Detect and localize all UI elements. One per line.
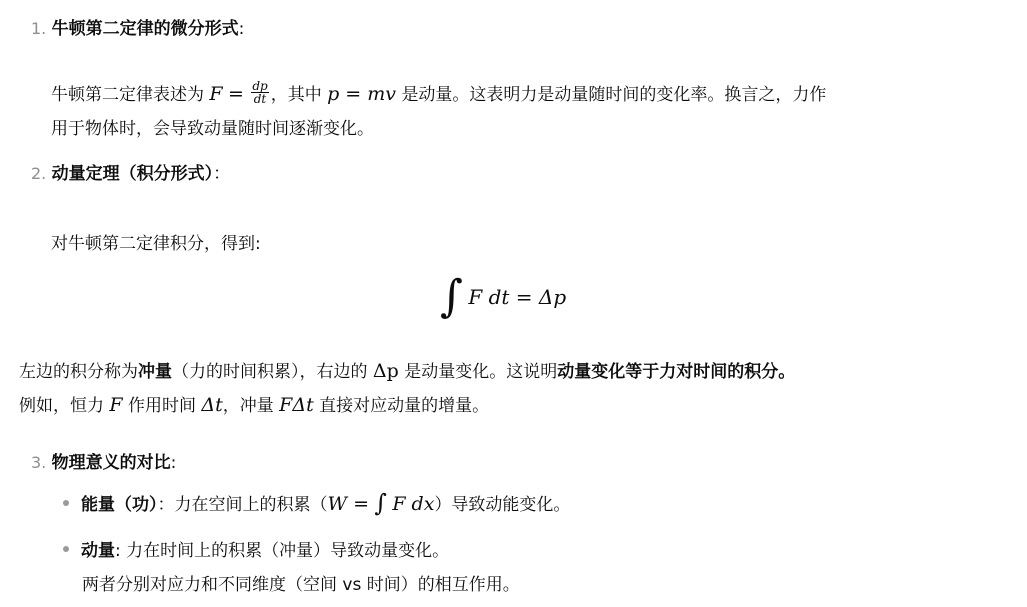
heading-colon: : — [239, 19, 245, 39]
math-F-dx: F dx — [392, 493, 434, 515]
text: 直接对应动量的增量。 — [319, 396, 489, 416]
text: ）导致动能变化。 — [434, 495, 570, 515]
math-equals: = — [228, 83, 244, 105]
bullet-item-momentum: 动量: 力在时间上的积累（冲量）导致动量变化。 — [63, 536, 449, 561]
bullet-dot-icon — [63, 546, 69, 552]
section-1-paragraph-line-2: 用于物体时，会导致动量随时间逐渐变化。 — [51, 114, 374, 139]
heading-colon: ： — [213, 164, 230, 184]
text: : 力在时间上的积累（冲量）导致动量变化。 — [115, 541, 449, 561]
bullet-item-energy: 能量（功）：力在空间上的积累（W = ∫ F dx）导致动能变化。 — [63, 490, 570, 519]
heading-text: 动量定理（积分形式） — [52, 164, 214, 184]
text: 两者分别对应力和不同维度（空间 vs 时间）的相互作用。 — [82, 575, 520, 595]
fraction-dp-dt: dpdt — [251, 80, 268, 105]
text: 左边的积分称为 — [19, 362, 138, 382]
integral-sign: ∫ — [440, 275, 463, 319]
explanation-line-1: 左边的积分称为冲量（力的时间积累），右边的 Δp 是动量变化。这说明动量变化等于… — [19, 357, 795, 382]
text: ：力在空间上的积累（ — [158, 495, 328, 515]
section-2-heading: 2. 动量定理（积分形式）： — [31, 159, 230, 184]
section-2-paragraph: 对牛顿第二定律积分，得到: — [51, 229, 261, 254]
fraction-denominator: dt — [251, 93, 268, 105]
bullet-continuation: 两者分别对应力和不同维度（空间 vs 时间）的相互作用。 — [82, 570, 520, 595]
fraction-numerator: dp — [251, 80, 268, 93]
section-1-paragraph-line-1: 牛顿第二定律表述为 F = dpdt，其中 p = mv 是动量。这表明力是动量… — [51, 80, 826, 108]
heading-text: 牛顿第二定律的微分形式 — [52, 19, 239, 39]
text: （力的时间积累），右边的 — [172, 362, 368, 382]
list-number: 2. — [31, 164, 46, 183]
math-delta-t: Δt — [201, 394, 222, 416]
math-p-mv: p = mv — [327, 83, 396, 105]
section-1-heading: 1. 牛顿第二定律的微分形式: — [31, 14, 244, 39]
heading-colon: : — [171, 453, 177, 473]
section-3-heading: 3. 物理意义的对比: — [31, 448, 176, 473]
formula-body: F dt = Δp — [468, 285, 566, 309]
math-F-delta-t: FΔt — [279, 394, 314, 416]
heading-text: 物理意义的对比 — [52, 453, 171, 473]
text: 用于物体时，会导致动量随时间逐渐变化。 — [51, 119, 374, 139]
bullet-dot-icon — [63, 500, 69, 506]
text: 是动量。这表明力是动量随时间的变化率。换言之，力作 — [401, 85, 826, 105]
bold-term-impulse: 冲量 — [138, 362, 172, 382]
math-W-equals: W = — [328, 493, 370, 515]
text: 对牛顿第二定律积分，得到: — [51, 234, 261, 254]
list-number: 1. — [31, 19, 46, 38]
math-F: F — [109, 394, 122, 416]
text: ，其中 — [271, 85, 322, 105]
list-number: 3. — [31, 453, 46, 472]
bold-conclusion: 动量变化等于力对时间的积分。 — [557, 362, 795, 382]
text: 作用时间 — [128, 396, 196, 416]
text: 例如，恒力 — [19, 396, 104, 416]
bold-term-energy: 能量（功） — [81, 495, 158, 515]
integral-sign: ∫ — [374, 489, 387, 517]
text: 牛顿第二定律表述为 — [51, 85, 204, 105]
explanation-line-2: 例如，恒力 F 作用时间 Δt，冲量 FΔt 直接对应动量的增量。 — [19, 391, 489, 416]
bold-term-momentum: 动量 — [81, 541, 115, 561]
math-F: F — [209, 83, 222, 105]
display-formula-impulse: ∫ F dt = Δp — [440, 277, 566, 321]
text: ，冲量 — [223, 396, 274, 416]
text: 是动量变化。这说明 — [404, 362, 557, 382]
math-delta-p: Δp — [373, 360, 399, 382]
